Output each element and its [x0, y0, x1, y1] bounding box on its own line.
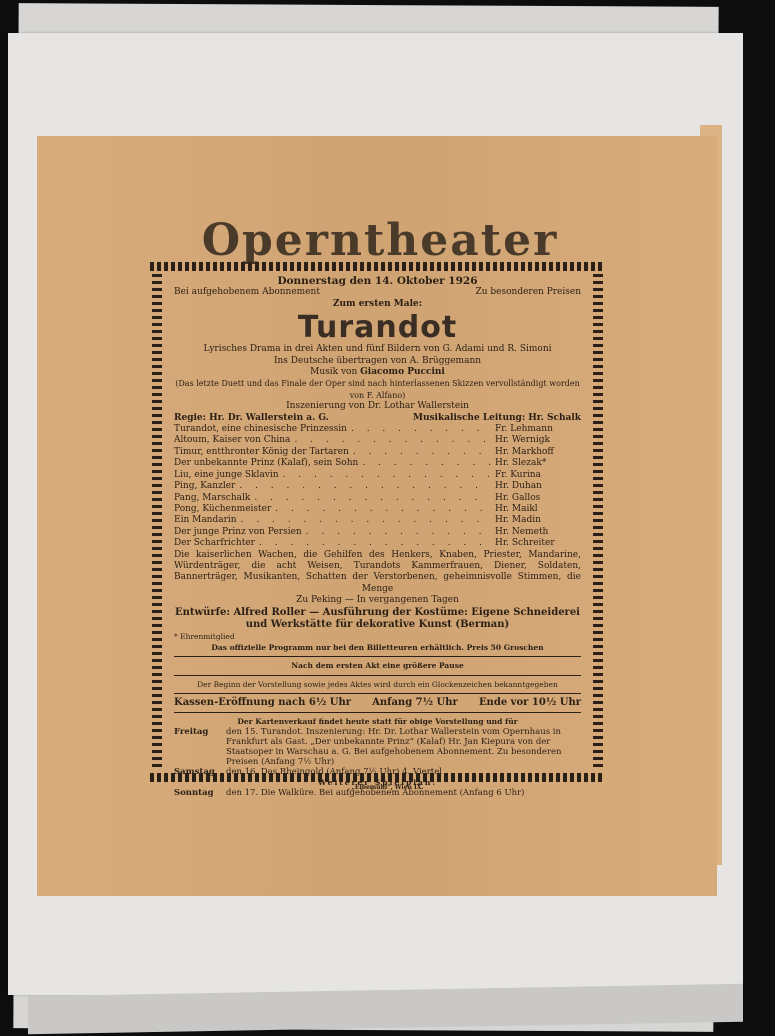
- cast-role: Altoum, Kaiser von China: [174, 435, 290, 446]
- cast-actor: Hr. Madin: [495, 515, 581, 526]
- schedule-day: Samstag: [174, 767, 226, 777]
- divider: [174, 693, 581, 694]
- cast-row: Der junge Prinz von PersienHr. Nemeth: [174, 527, 581, 538]
- music-label: Musik von: [310, 367, 357, 377]
- cast-row: Altoum, Kaiser von ChinaHr. Wernigk: [174, 435, 581, 446]
- cast-row: Pang, MarschalkHr. Gallos: [174, 493, 581, 504]
- cast-role: Der junge Prinz von Persien: [174, 527, 302, 538]
- subscription-row: Bei aufgehobenem Abonnement Zu besondere…: [174, 287, 581, 298]
- leader-dots: [306, 527, 491, 538]
- cast-actor: Hr. Nemeth: [495, 527, 581, 538]
- leader-dots: [362, 458, 491, 469]
- cast-actor: Fr. Kurina: [495, 470, 581, 481]
- playbill-frame: Donnerstag den 14. Oktober 1926 Bei aufg…: [150, 262, 605, 782]
- cast-actor: Hr. Slezak*: [495, 458, 581, 469]
- cast-actor: Hr. Gallos: [495, 493, 581, 504]
- leader-dots: [241, 515, 491, 526]
- cast-role: Ping, Kanzler: [174, 481, 235, 492]
- cast-role: Der unbekannte Prinz (Kalaf), sein Sohn: [174, 458, 358, 469]
- first-time-label: Zum ersten Male:: [174, 299, 581, 310]
- conductor: Musikalische Leitung: Hr. Schalk: [413, 413, 581, 424]
- divider: [174, 712, 581, 713]
- price-note: Zu besonderen Preisen: [475, 287, 581, 298]
- cast-row: Timur, entthronter König der TartarenHr.…: [174, 447, 581, 458]
- bell-signal-note: Der Beginn der Vorstellung sowie jedes A…: [174, 679, 581, 690]
- cast-row: Ein MandarinHr. Madin: [174, 515, 581, 526]
- leader-dots: [351, 424, 491, 435]
- timing-row: Kassen-Eröffnung nach 6½ Uhr Anfang 7½ U…: [174, 697, 581, 708]
- intermission-note: Nach dem ersten Akt eine größere Pause: [174, 660, 581, 671]
- divider: [174, 675, 581, 676]
- cast-actor: Hr. Markhoff: [495, 447, 581, 458]
- leader-dots: [294, 435, 491, 446]
- subscription-note: Bei aufgehobenem Abonnement: [174, 287, 320, 298]
- theater-title: Operntheater: [0, 215, 760, 266]
- schedule-text: den 16. Das Rheingold (Anfang 7½ Uhr) 4.…: [226, 767, 581, 777]
- schedule-text: den 15. Turandot. Inszenierung: Hr. Dr. …: [226, 727, 581, 767]
- cast-list: Turandot, eine chinesische PrinzessinFr.…: [174, 424, 581, 549]
- opera-description: Lyrisches Drama in drei Akten und fünf B…: [174, 344, 581, 355]
- ornamental-border-right: [593, 274, 603, 770]
- cast-actor: Hr. Maikl: [495, 504, 581, 515]
- schedule-day: Freitag: [174, 727, 226, 767]
- playbill-content: Donnerstag den 14. Oktober 1926 Bei aufg…: [174, 276, 581, 768]
- ornamental-border-left: [152, 274, 162, 770]
- cast-role: Ein Mandarin: [174, 515, 237, 526]
- program-price-note: Das offizielle Programm nur bei den Bill…: [174, 642, 581, 653]
- cast-role: Pang, Marschalk: [174, 493, 250, 504]
- ornamental-border-top: [150, 262, 605, 271]
- ensemble-list: Die kaiserlichen Wachen, die Gehilfen de…: [174, 550, 581, 596]
- printer-imprint: „Elbemühl“, Wien IX.: [0, 784, 775, 791]
- cast-actor: Hr. Duhan: [495, 481, 581, 492]
- translation-credit: Ins Deutsche übertragen von A. Brüggeman…: [174, 356, 581, 367]
- staging-credit: Inszenierung von Dr. Lothar Wallerstein: [174, 401, 581, 412]
- leader-dots: [275, 504, 491, 515]
- design-credits: Entwürfe: Alfred Roller — Ausführung der…: [174, 607, 581, 631]
- opera-title: Turandot: [174, 312, 581, 344]
- cast-row: Pong, KüchenmeisterHr. Maikl: [174, 504, 581, 515]
- leader-dots: [259, 538, 491, 549]
- leader-dots: [283, 470, 491, 481]
- leader-dots: [239, 481, 491, 492]
- cast-role: Timur, entthronter König der Tartaren: [174, 447, 349, 458]
- honorary-member-note: * Ehrenmitglied: [174, 631, 581, 642]
- leader-dots: [254, 493, 491, 504]
- composer-name: Giacomo Puccini: [360, 367, 445, 377]
- advance-sales-note: Der Kartenverkauf findet heute statt für…: [174, 716, 581, 727]
- end-time: Ende vor 10½ Uhr: [479, 697, 581, 708]
- box-office-opening: Kassen-Eröffnung nach 6½ Uhr: [174, 697, 351, 708]
- cast-role: Pong, Küchenmeister: [174, 504, 271, 515]
- direction-row: Regie: Hr. Dr. Wallerstein a. G. Musikal…: [174, 413, 581, 424]
- cast-role: Liu, eine junge Sklavin: [174, 470, 279, 481]
- music-credit: Musik von Giacomo Puccini: [174, 367, 581, 378]
- leader-dots: [353, 447, 491, 458]
- setting-note: Zu Peking — In vergangenen Tagen: [174, 595, 581, 606]
- cast-actor: Hr. Schreiter: [495, 538, 581, 549]
- cast-role: Turandot, eine chinesische Prinzessin: [174, 424, 347, 435]
- cast-actor: Fr. Lehmann: [495, 424, 581, 435]
- schedule-row: Freitag den 15. Turandot. Inszenierung: …: [174, 727, 581, 767]
- start-time: Anfang 7½ Uhr: [372, 697, 458, 708]
- cast-row: Turandot, eine chinesische PrinzessinFr.…: [174, 424, 581, 435]
- cast-row: Liu, eine junge SklavinFr. Kurina: [174, 470, 581, 481]
- schedule-row: Samstag den 16. Das Rheingold (Anfang 7½…: [174, 767, 581, 777]
- divider: [174, 656, 581, 657]
- cast-row: Der unbekannte Prinz (Kalaf), sein SohnH…: [174, 458, 581, 469]
- cast-role: Der Scharfrichter: [174, 538, 255, 549]
- cast-row: Der ScharfrichterHr. Schreiter: [174, 538, 581, 549]
- cast-actor: Hr. Wernigk: [495, 435, 581, 446]
- performance-date: Donnerstag den 14. Oktober 1926: [174, 276, 581, 287]
- completion-note: (Das letzte Duett und das Finale der Ope…: [174, 378, 581, 401]
- cast-row: Ping, KanzlerHr. Duhan: [174, 481, 581, 492]
- stage-director: Regie: Hr. Dr. Wallerstein a. G.: [174, 413, 329, 424]
